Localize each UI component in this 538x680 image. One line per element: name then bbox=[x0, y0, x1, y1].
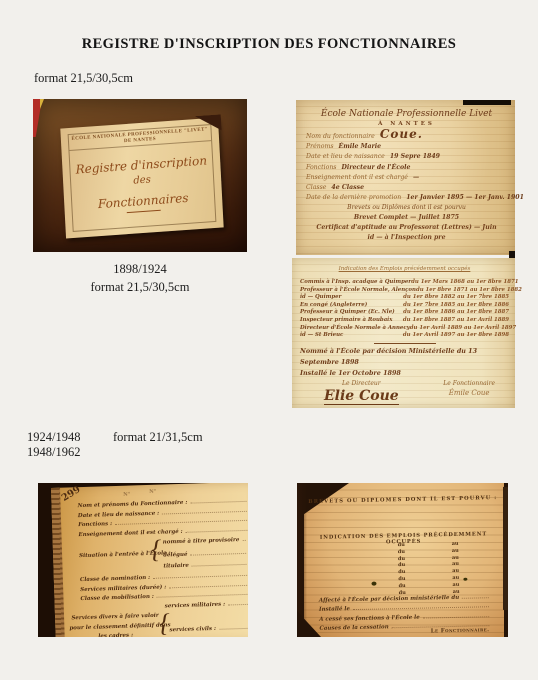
diplomas-heading: Brevets ou Diplômes dont il est pourvu bbox=[306, 203, 507, 213]
job-dates: du 1er 7bre 1885 au 1er 8bre 1886 bbox=[403, 302, 509, 310]
caption-years-1948: 1948/1962 bbox=[27, 445, 80, 460]
dotted-leader bbox=[192, 564, 247, 567]
paper-speck bbox=[463, 578, 467, 581]
photo-printed-form-left: 299 N° N° Nom et prénoms du Fonctionnair… bbox=[38, 483, 248, 637]
field-row: Nom du fonctionnaire Coue. bbox=[306, 129, 507, 142]
field-label: Nom du fonctionnaire bbox=[306, 132, 375, 142]
fonctionnaire-signature: Émile Coue bbox=[443, 388, 495, 398]
form-line-label: Fonctions : bbox=[78, 521, 112, 528]
field-value: Émile Marie bbox=[339, 142, 381, 152]
numero-mark: N° bbox=[149, 489, 156, 495]
field-label: Classe bbox=[306, 183, 326, 193]
field-value: Directeur de l'École bbox=[341, 163, 410, 173]
opening-brace: { bbox=[151, 535, 162, 565]
sheet-upper-part: École Nationale Professionnelle Livet À … bbox=[296, 100, 515, 255]
cover-label-border: ÉCOLE NATIONALE PROFESSIONNELLE "LIVET" … bbox=[68, 124, 217, 232]
field-value: — bbox=[413, 173, 419, 183]
job-row: Professeur à Quimper (Ec. Nle) du 1er 8b… bbox=[300, 309, 509, 317]
situation-option: nommé à titre provisoire bbox=[163, 537, 248, 546]
field-label: Fonctions bbox=[306, 163, 336, 173]
job-dates: du 1er 8bre 1882 au 1er 7bre 1885 bbox=[403, 294, 509, 302]
field-row: Classe 4e Classe bbox=[306, 183, 507, 193]
job-row: id — St Brieuc du 1er Avril 1897 au 1er … bbox=[300, 332, 509, 340]
form-line-label: Services militaires (durée) : bbox=[80, 584, 166, 593]
job-dates: du 1er Mars 1868 au 1er 8bre 1871 bbox=[411, 279, 518, 287]
services-militaires-option: services militaires : bbox=[165, 601, 248, 610]
diploma-line: Certificat d'aptitude au Professorat (Le… bbox=[306, 223, 507, 233]
dotted-leader bbox=[242, 540, 245, 541]
job-dates: du 1er 8bre 1886 au 1er 8bre 1887 bbox=[403, 309, 509, 317]
nomination-line: Nommé à l'École par décision Ministériel… bbox=[300, 346, 509, 368]
field-value: 4e Classe bbox=[331, 183, 364, 193]
field-label: Enseignement dont il est chargé bbox=[306, 173, 408, 183]
dotted-leader bbox=[157, 594, 248, 598]
form-line-label: Classe de mobilisation : bbox=[80, 594, 154, 602]
dotted-leader bbox=[423, 616, 490, 618]
fonctionnaire-signature-block: Le Fonctionnaire Émile Coue bbox=[443, 380, 495, 405]
diploma-line: Brevet Complet — Juillet 1875 bbox=[306, 213, 507, 223]
dotted-leader bbox=[115, 520, 247, 525]
form-line-label: Classe de nomination : bbox=[80, 575, 150, 583]
dotted-leader bbox=[462, 597, 489, 599]
form-line: Classe de mobilisation : bbox=[80, 591, 248, 602]
dotted-leader bbox=[162, 510, 247, 514]
field-value: Coue. bbox=[380, 129, 423, 139]
director-signature-block: Le Directeur Elie Coue bbox=[324, 380, 399, 405]
field-label: Prénoms bbox=[306, 142, 334, 152]
scanned-page: REGISTRE D'INSCRIPTION DES FONCTIONNAIRE… bbox=[0, 0, 538, 680]
numero-mark: N° bbox=[123, 492, 130, 498]
job-text: Professeur à Quimper (Ec. Nle) bbox=[300, 309, 395, 317]
job-text: Professeur à l'École Normale, Alençon bbox=[300, 287, 416, 295]
cover-handwriting-underline bbox=[127, 210, 161, 213]
dotted-leader bbox=[228, 604, 248, 606]
photo-handwritten-sheet: École Nationale Professionnelle Livet À … bbox=[292, 100, 515, 408]
brevets-heading: BREVETS OU DIPLOMES DONT IL EST POURVU : bbox=[303, 495, 503, 505]
du-au-rows: duau duau duau duau duau duau duau duau bbox=[304, 540, 505, 599]
director-signature: Elie Coue bbox=[324, 388, 399, 405]
field-label: Date de la dernière promotion bbox=[306, 193, 401, 203]
form-line: Enseignement dont il est chargé : bbox=[78, 526, 248, 537]
dotted-leader bbox=[353, 607, 489, 611]
caption-years: 1898/1924 bbox=[33, 260, 247, 278]
dotted-leader bbox=[219, 628, 248, 630]
job-text: Inspecteur primaire à Roubaix bbox=[300, 317, 392, 325]
dotted-leader bbox=[186, 529, 248, 532]
format-label-top: format 21,5/30,5cm bbox=[34, 71, 133, 86]
field-label: Date et lieu de naissance bbox=[306, 152, 385, 162]
field-row: Date de la dernière promotion 1er Janvie… bbox=[306, 193, 507, 203]
cover-handwriting-line3: Fonctionnaires bbox=[72, 189, 214, 213]
dotted-leader bbox=[153, 575, 248, 579]
form-left-paper: 299 N° N° Nom et prénoms du Fonctionnair… bbox=[51, 483, 248, 637]
dotted-leader bbox=[190, 501, 246, 504]
diploma-line: id — à l'Inspection pre bbox=[306, 233, 507, 243]
field-value: 1er Janvier 1895 — 1er Janv. 1901 bbox=[406, 193, 524, 203]
scan-dark-edge bbox=[463, 100, 511, 105]
situation-option: titulaire bbox=[163, 561, 248, 570]
cover-label-header: ÉCOLE NATIONALE PROFESSIONNELLE "LIVET" … bbox=[69, 125, 211, 151]
job-dates: du 1er Avril 1897 au 1er 8bre 1898 bbox=[403, 332, 509, 340]
divers-line: les cadres : bbox=[70, 632, 162, 637]
cover-paper-label: ÉCOLE NATIONALE PROFESSIONNELLE "LIVET" … bbox=[60, 118, 223, 239]
field-row: Date et lieu de naissance 19 Sepre 1849 bbox=[306, 152, 507, 162]
page-number: 299 bbox=[60, 484, 83, 504]
caption-years-1924: 1924/1948 bbox=[27, 430, 80, 445]
job-row: Professeur à l'École Normale, Alençon du… bbox=[300, 287, 509, 295]
caption-format-mid: format 21/31,5cm bbox=[113, 430, 203, 445]
fonctionnaire-signature-label: Le Fonctionnaire. bbox=[431, 627, 490, 634]
dotted-leader bbox=[169, 584, 248, 588]
divers-line: pour le classement définitif dans bbox=[69, 622, 161, 631]
caption-format: format 21,5/30,5cm bbox=[33, 278, 247, 296]
installation-line: Installé le 1er Octobre 1898 bbox=[300, 368, 509, 379]
jobs-heading: Indication des Emplois précédemment occu… bbox=[300, 265, 509, 274]
photo-printed-form-right: BREVETS OU DIPLOMES DONT IL EST POURVU :… bbox=[297, 483, 508, 637]
form-line-label: Nom et prénoms du Fonctionnaire : bbox=[77, 500, 187, 509]
job-dates: du 1er 8bre 1871 au 1er 8bre 1882 bbox=[416, 287, 522, 295]
job-dates: du 1er 8bre 1887 au 1er Avril 1889 bbox=[403, 317, 509, 325]
opening-brace: { bbox=[159, 608, 170, 637]
job-text: id — Quimper bbox=[300, 294, 341, 302]
job-row: Directeur d'École Normale à Annecy du 1e… bbox=[300, 325, 509, 333]
sheet-school-name: École Nationale Professionnelle Livet bbox=[306, 108, 507, 120]
field-row: Fonctions Directeur de l'École bbox=[306, 163, 507, 173]
job-row: Commis à l'Insp. acadque à Quimper du 1e… bbox=[300, 279, 509, 287]
situation-option: délégué bbox=[163, 549, 248, 558]
caption-cover: 1898/1924 format 21,5/30,5cm bbox=[33, 260, 247, 296]
services-civils-option: services civils : bbox=[169, 625, 248, 634]
sheet-lower-part: Indication des Emplois précédemment occu… bbox=[292, 258, 515, 408]
dotted-leader bbox=[190, 552, 246, 555]
field-row: Enseignement dont il est chargé — bbox=[306, 173, 507, 183]
fonctionnaire-label: Le Fonctionnaire bbox=[443, 380, 495, 388]
job-text: Directeur d'École Normale à Annecy bbox=[300, 325, 410, 333]
job-row: id — Quimper du 1er 8bre 1882 au 1er 7br… bbox=[300, 294, 509, 302]
form-line-label: Enseignement dont il est chargé : bbox=[78, 528, 182, 537]
form-line-label: Date et lieu de naissance : bbox=[78, 510, 159, 519]
director-label: Le Directeur bbox=[324, 380, 399, 388]
page-title: REGISTRE D'INSCRIPTION DES FONCTIONNAIRE… bbox=[0, 36, 538, 53]
divers-line: Services divers à faire valoir bbox=[69, 613, 161, 622]
book-corner-accent bbox=[40, 99, 44, 109]
job-row: Inspecteur primaire à Roubaix du 1er 8br… bbox=[300, 317, 509, 325]
separator-rule bbox=[374, 343, 436, 344]
field-value: 19 Sepre 1849 bbox=[390, 152, 440, 162]
job-text: Commis à l'Insp. acadque à Quimper bbox=[300, 279, 411, 287]
photo-register-cover: ÉCOLE NATIONALE PROFESSIONNELLE "LIVET" … bbox=[33, 99, 247, 252]
job-dates: du 1er Avril 1889 au 1er Avril 1897 bbox=[410, 325, 516, 333]
field-row: Prénoms Émile Marie bbox=[306, 142, 507, 152]
job-text: id — St Brieuc bbox=[300, 332, 343, 340]
